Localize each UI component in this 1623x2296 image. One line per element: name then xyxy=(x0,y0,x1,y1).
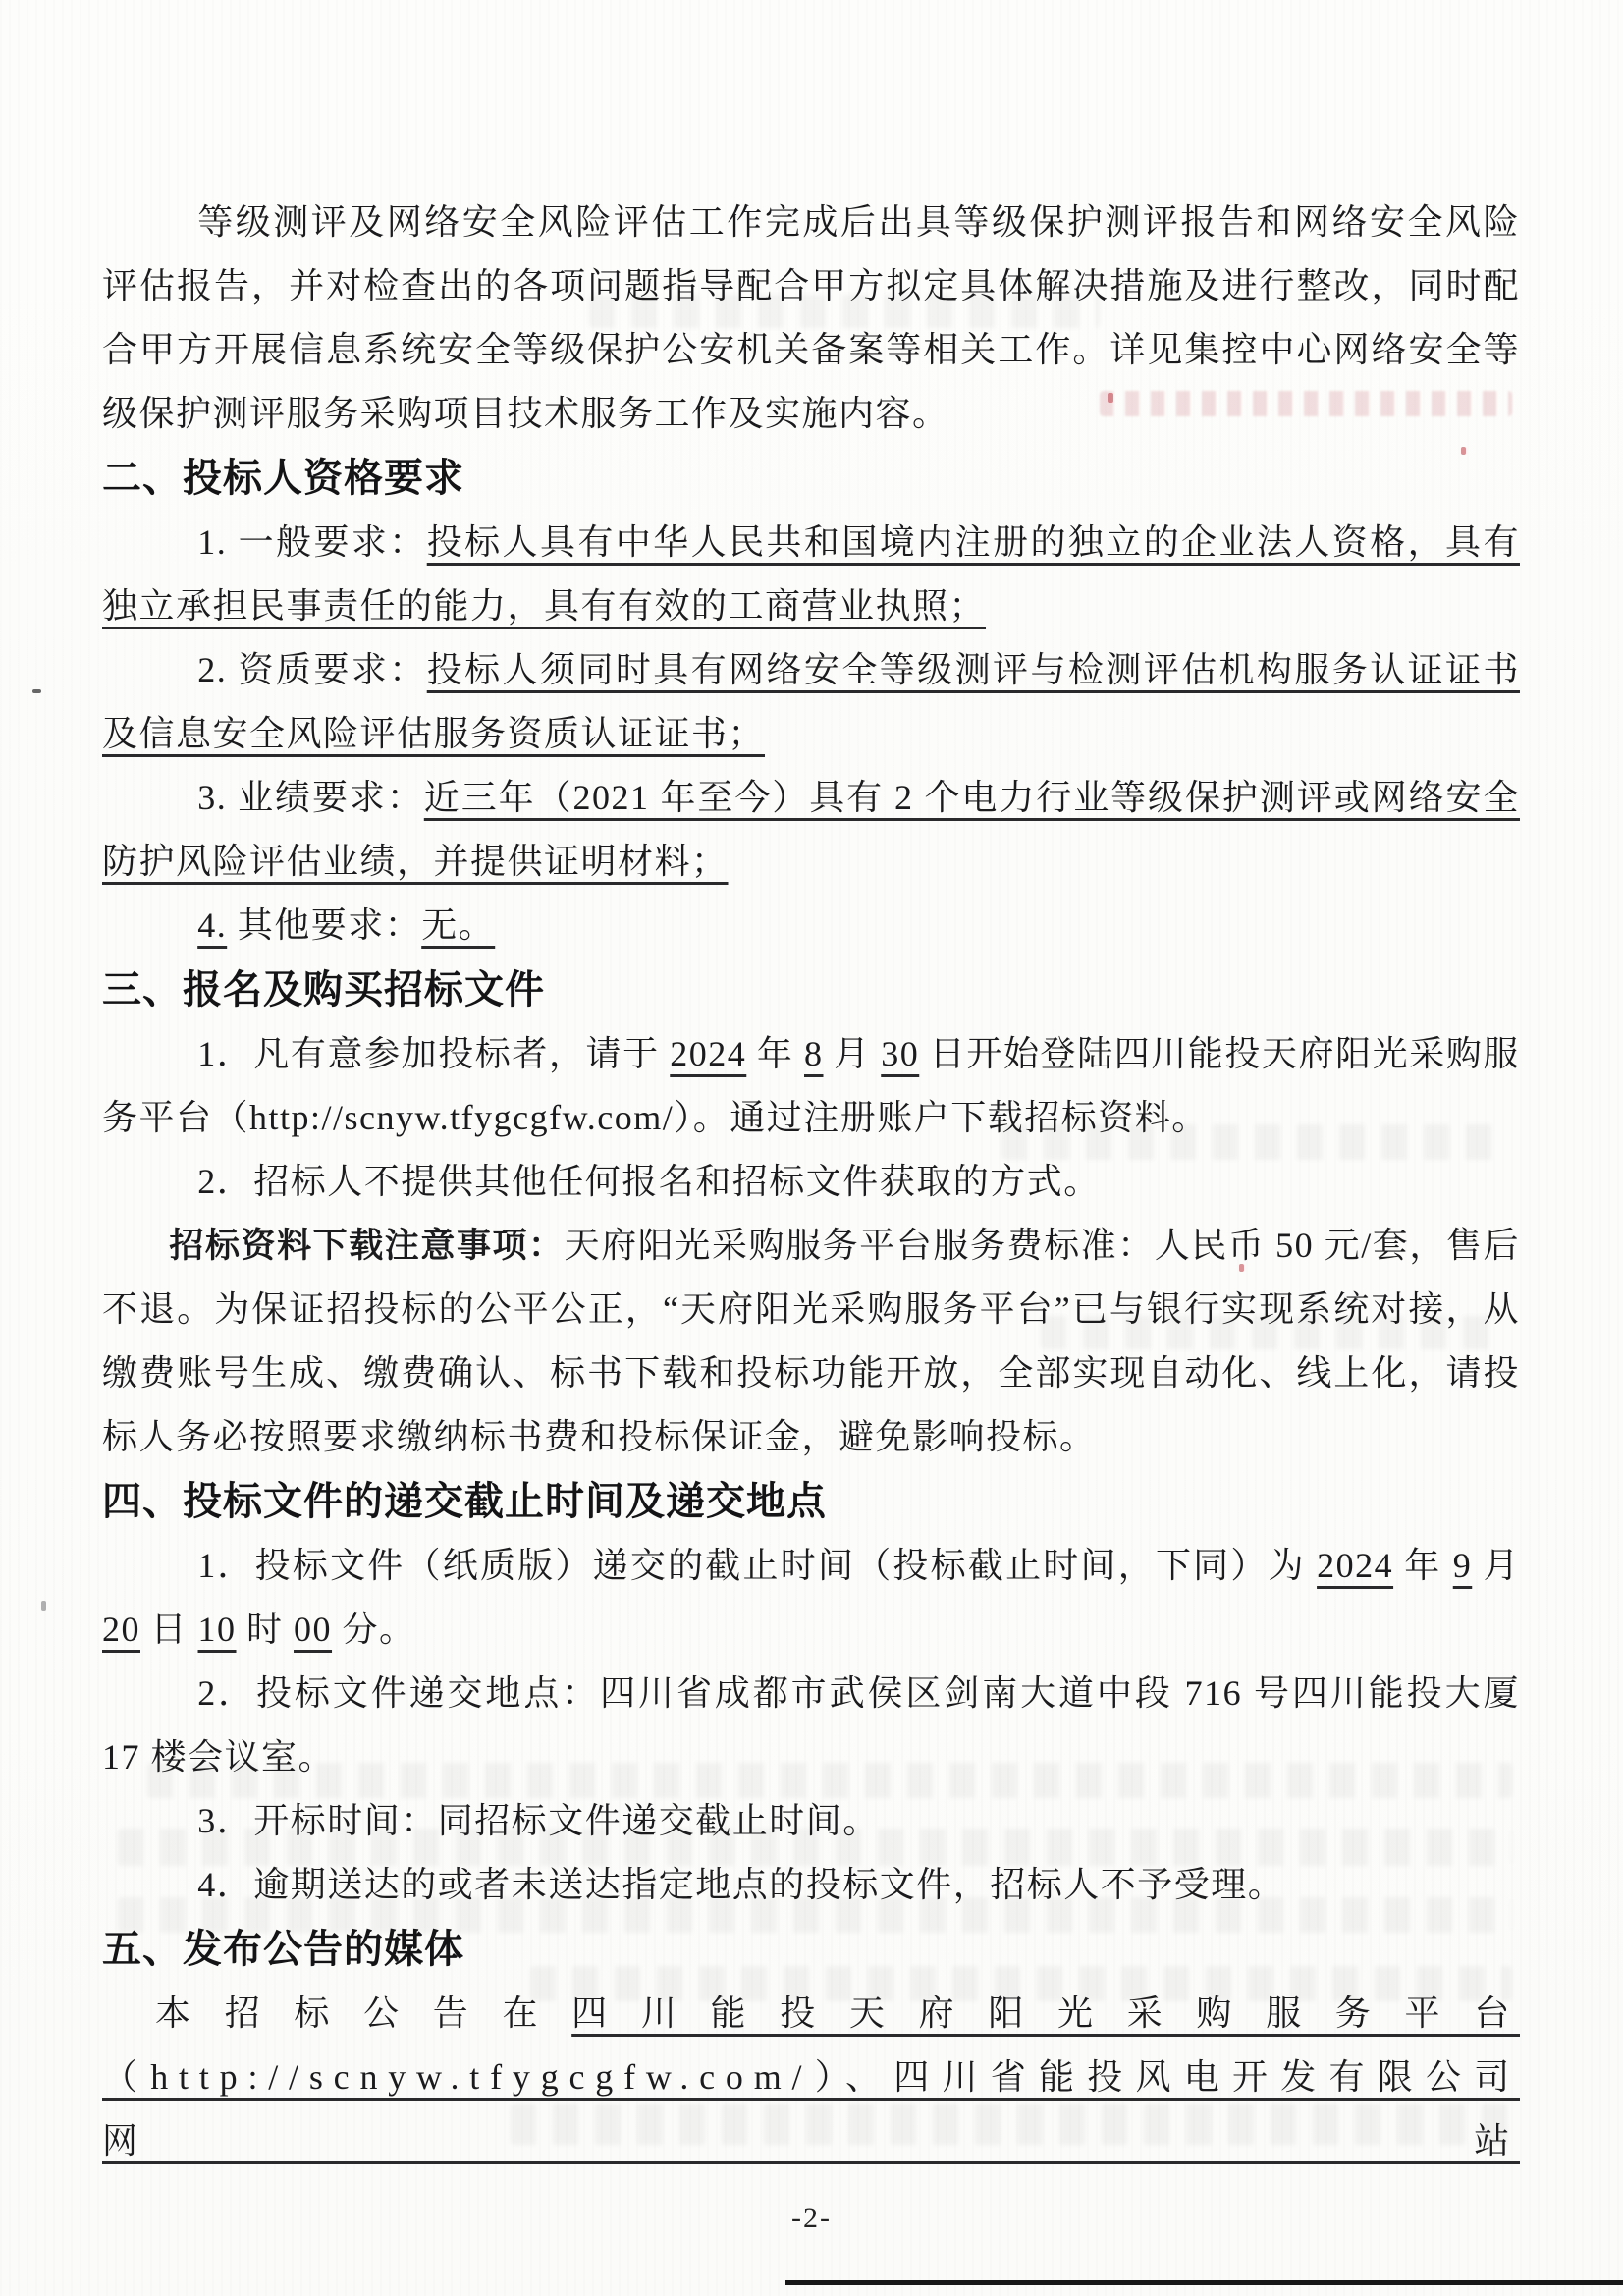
underlined-requirement-text: 无。 xyxy=(421,905,495,945)
item-label: 1. 一般要求： xyxy=(197,522,427,562)
intro-text: 等级测评及网络安全风险评估工作完成后出具等级保护测评报告和网络安全风险评估报告，… xyxy=(102,202,1520,433)
date-separator: 时 xyxy=(237,1610,295,1649)
item-text: 分。 xyxy=(332,1610,416,1649)
item-text: 3．开标时间：同招标文件递交截止时间。 xyxy=(197,1801,880,1840)
item-text: 1．投标文件（纸质版）递交的截止时间（投标截止时间，下同）为 xyxy=(197,1546,1317,1585)
scanned-document-page: 等级测评及网络安全风险评估工作完成后出具等级保护测评报告和网络安全风险评估报告，… xyxy=(0,0,1623,2296)
announcement-media-paragraph: 本招标公告在四川能投天府阳光采购服务平台（http://scnyw.tfygcg… xyxy=(102,1982,1520,2173)
item-label: 3. 业绩要求： xyxy=(197,778,424,817)
date-separator: 月 xyxy=(824,1034,882,1073)
registration-item-1: 1．凡有意参加投标者，请于 2024 年 8 月 30 日开始登陆四川能投天府阳… xyxy=(102,1022,1520,1150)
item-text: 2．投标文件递交地点：四川省成都市武侯区剑南大道中段 716 号四川能投大厦 1… xyxy=(102,1673,1520,1777)
item-number: 4. xyxy=(197,905,227,945)
date-separator: 年 xyxy=(746,1034,804,1073)
page-number: -2- xyxy=(0,2202,1623,2235)
submission-address-item: 2．投标文件递交地点：四川省成都市武侯区剑南大道中段 716 号四川能投大厦 1… xyxy=(102,1662,1520,1789)
bid-opening-time-item: 3．开标时间：同招标文件递交截止时间。 xyxy=(102,1789,1520,1853)
deadline-hour: 10 xyxy=(198,1610,237,1649)
qualification-item-performance: 3. 业绩要求：近三年（2021 年至今）具有 2 个电力行业等级保护测评或网络… xyxy=(102,766,1520,894)
section-4-heading: 四、投标文件的递交截止时间及递交地点 xyxy=(102,1469,1520,1534)
deadline-year: 2024 xyxy=(1317,1546,1393,1585)
deadline-day: 20 xyxy=(102,1610,140,1649)
registration-start-year: 2024 xyxy=(670,1034,746,1073)
edge-mark-artifact xyxy=(41,1601,46,1611)
item-text: 4．逾期送达的或者未送达指定地点的投标文件，招标人不予受理。 xyxy=(197,1865,1284,1904)
section-3-heading: 三、报名及购买招标文件 xyxy=(102,957,1520,1022)
scan-bottom-edge-line xyxy=(785,2280,1623,2285)
edge-mark-artifact xyxy=(32,689,41,693)
document-body: 等级测评及网络安全风险评估工作完成后出具等级保护测评报告和网络安全风险评估报告，… xyxy=(102,191,1520,2173)
item-text: 1．凡有意参加投标者，请于 xyxy=(197,1034,670,1073)
announcement-pre-text: 本招标公告在 xyxy=(155,1994,571,2033)
deadline-minute: 00 xyxy=(294,1610,332,1649)
registration-start-month: 8 xyxy=(804,1034,824,1073)
registration-start-day: 30 xyxy=(881,1034,919,1073)
intro-paragraph: 等级测评及网络安全风险评估工作完成后出具等级保护测评报告和网络安全风险评估报告，… xyxy=(102,191,1520,446)
qualification-item-general: 1. 一般要求：投标人具有中华人民共和国境内注册的独立的企业法人资格，具有独立承… xyxy=(102,511,1520,638)
item-label: 2. 资质要求： xyxy=(197,650,427,689)
section-2-heading: 二、投标人资格要求 xyxy=(102,446,1520,511)
download-notice-label: 招标资料下载注意事项： xyxy=(169,1227,564,1265)
date-separator: 日 xyxy=(140,1610,198,1649)
date-separator: 月 xyxy=(1472,1546,1520,1585)
registration-item-2: 2．招标人不提供其他任何报名和招标文件获取的方式。 xyxy=(102,1150,1520,1214)
submission-deadline-item: 1．投标文件（纸质版）递交的截止时间（投标截止时间，下同）为 2024 年 9 … xyxy=(102,1534,1520,1662)
date-separator: 年 xyxy=(1393,1546,1453,1585)
deadline-month: 9 xyxy=(1453,1546,1473,1585)
qualification-item-certification: 2. 资质要求：投标人须同时具有网络安全等级测评与检测评估机构服务认证证书及信息… xyxy=(102,638,1520,766)
item-label: 其他要求： xyxy=(227,905,421,945)
section-5-heading: 五、发布公告的媒体 xyxy=(102,1917,1520,1982)
item-text: 2．招标人不提供其他任何报名和招标文件获取的方式。 xyxy=(197,1162,1101,1201)
late-submission-item: 4．逾期送达的或者未送达指定地点的投标文件，招标人不予受理。 xyxy=(102,1853,1520,1917)
download-notice-paragraph: 招标资料下载注意事项：天府阳光采购服务平台服务费标准：人民币 50 元/套，售后… xyxy=(102,1214,1520,1469)
qualification-item-other: 4. 其他要求：无。 xyxy=(102,894,1520,957)
